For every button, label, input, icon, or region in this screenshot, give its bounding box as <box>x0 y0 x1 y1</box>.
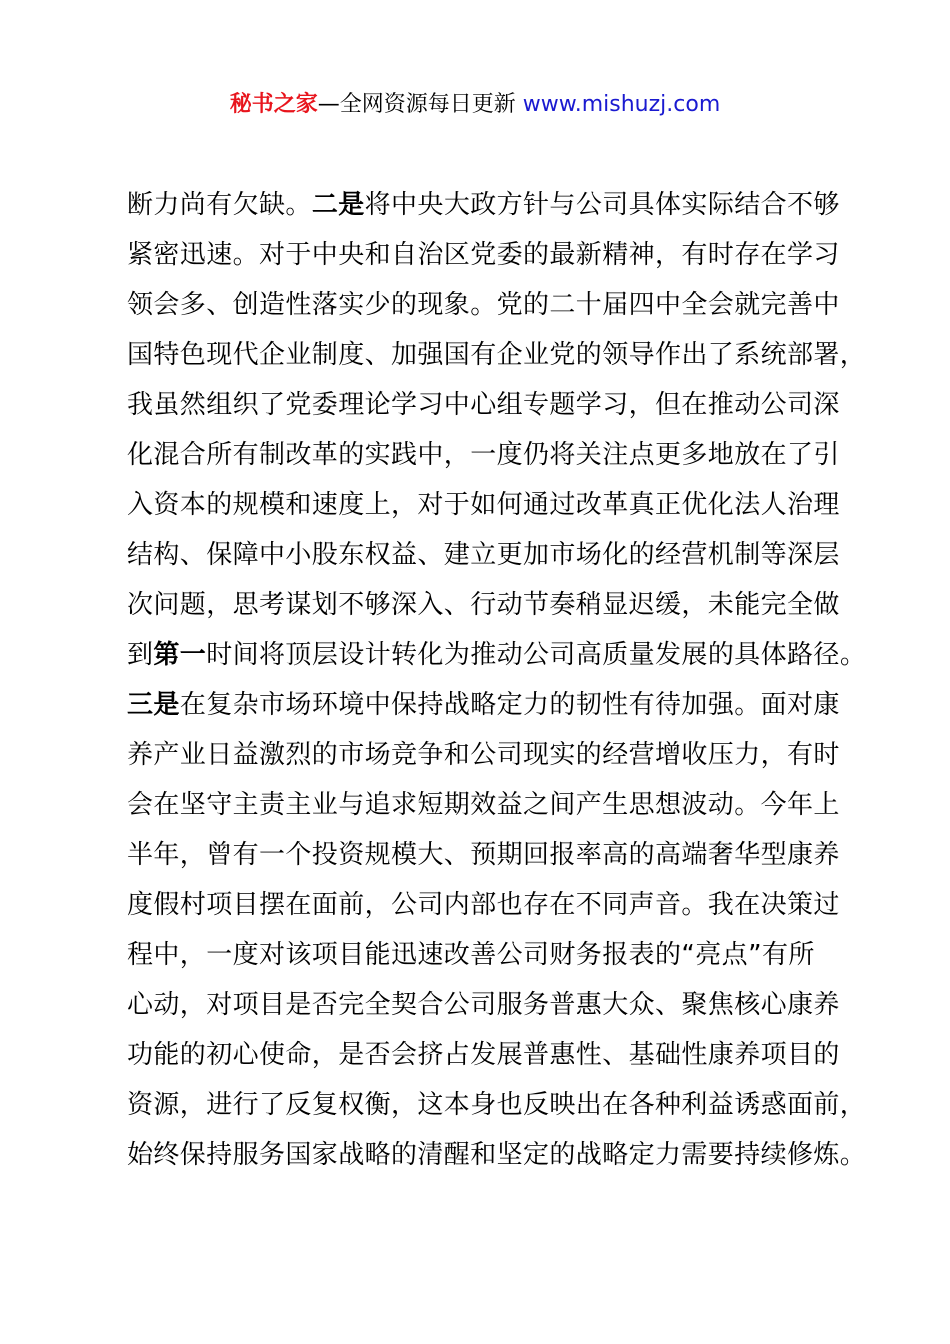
text-line: 国特色现代企业制度、加强国有企业党的领导作出了系统部署， <box>127 330 867 380</box>
text-segment: 将中央大政方针与公司具体实际结合不够 <box>365 190 840 220</box>
text-line: 紧密迅速。对于中央和自治区党委的最新精神，有时存在学习 <box>127 230 867 280</box>
text-segment: 度假村项目摆在面前，公司内部也存在不同声音。我在决策过 <box>127 890 840 920</box>
text-segment: 会在坚守主责主业与追求短期效益之间产生思想波动。今年上 <box>127 790 840 820</box>
text-segment: 在复杂市场环境中保持战略定力的韧性有待加强。面对康 <box>180 690 840 720</box>
text-segment: 入资本的规模和速度上，对于如何通过改革真正优化法人治理 <box>127 490 840 520</box>
document-body: 断力尚有欠缺。二是将中央大政方针与公司具体实际结合不够 紧密迅速。对于中央和自治… <box>127 180 867 1180</box>
text-line: 程中，一度对该项目能迅速改善公司财务报表的“亮点”有所 <box>127 930 867 980</box>
text-line: 领会多、创造性落实少的现象。党的二十届四中全会就完善中 <box>127 280 867 330</box>
text-line: 化混合所有制改革的实践中，一度仍将关注点更多地放在了引 <box>127 430 867 480</box>
text-segment: 结构、保障中小股东权益、建立更加市场化的经营机制等深层 <box>127 540 840 570</box>
text-line: 始终保持服务国家战略的清醒和坚定的战略定力需要持续修炼。 <box>127 1130 867 1180</box>
text-segment: 到 <box>127 640 153 670</box>
text-line: 三是在复杂市场环境中保持战略定力的韧性有待加强。面对康 <box>127 680 867 730</box>
text-line: 入资本的规模和速度上，对于如何通过改革真正优化法人治理 <box>127 480 867 530</box>
bold-text-segment: 第一 <box>153 640 206 670</box>
text-segment: 断力尚有欠缺。 <box>127 190 312 220</box>
text-segment: 紧密迅速。对于中央和自治区党委的最新精神，有时存在学习 <box>127 240 840 270</box>
text-line: 养产业日益激烈的市场竞争和公司现实的经营增收压力，有时 <box>127 730 867 780</box>
text-segment: 心动，对项目是否完全契合公司服务普惠大众、聚焦核心康养 <box>127 990 840 1020</box>
page-header: 秘书之家—全网资源每日更新 www.mishuzj.com <box>0 88 950 122</box>
text-line: 心动，对项目是否完全契合公司服务普惠大众、聚焦核心康养 <box>127 980 867 1030</box>
text-segment: 领会多、创造性落实少的现象。党的二十届四中全会就完善中 <box>127 290 840 320</box>
brand-name: 秘书之家 <box>230 92 318 117</box>
text-segment: 半年，曾有一个投资规模大、预期回报率高的高端奢华型康养 <box>127 840 840 870</box>
text-line: 断力尚有欠缺。二是将中央大政方针与公司具体实际结合不够 <box>127 180 867 230</box>
text-line: 资源，进行了反复权衡，这本身也反映出在各种利益诱惑面前， <box>127 1080 867 1130</box>
text-segment: 次问题，思考谋划不够深入、行动节奏稍显迟缓，未能完全做 <box>127 590 840 620</box>
text-line: 半年，曾有一个投资规模大、预期回报率高的高端奢华型康养 <box>127 830 867 880</box>
text-segment: 养产业日益激烈的市场竞争和公司现实的经营增收压力，有时 <box>127 740 840 770</box>
bold-text-segment: 二是 <box>312 190 365 220</box>
bold-text-segment: 三是 <box>127 690 180 720</box>
site-url-link[interactable]: www.mishuzj.com <box>523 92 720 117</box>
text-line: 次问题，思考谋划不够深入、行动节奏稍显迟缓，未能完全做 <box>127 580 867 630</box>
text-segment: 资源，进行了反复权衡，这本身也反映出在各种利益诱惑面前， <box>127 1090 866 1120</box>
text-segment: 化混合所有制改革的实践中，一度仍将关注点更多地放在了引 <box>127 440 840 470</box>
text-line: 度假村项目摆在面前，公司内部也存在不同声音。我在决策过 <box>127 880 867 930</box>
header-tagline: —全网资源每日更新 <box>318 92 523 117</box>
text-segment: 我虽然组织了党委理论学习中心组专题学习，但在推动公司深 <box>127 390 840 420</box>
text-line: 结构、保障中小股东权益、建立更加市场化的经营机制等深层 <box>127 530 867 580</box>
text-segment: 功能的初心使命，是否会挤占发展普惠性、基础性康养项目的 <box>127 1040 840 1070</box>
text-segment: 时间将顶层设计转化为推动公司高质量发展的具体路径。 <box>206 640 866 670</box>
text-line: 我虽然组织了党委理论学习中心组专题学习，但在推动公司深 <box>127 380 867 430</box>
text-line: 功能的初心使命，是否会挤占发展普惠性、基础性康养项目的 <box>127 1030 867 1080</box>
text-segment: 程中，一度对该项目能迅速改善公司财务报表的“亮点”有所 <box>127 940 815 970</box>
text-segment: 国特色现代企业制度、加强国有企业党的领导作出了系统部署， <box>127 340 866 370</box>
text-segment: 始终保持服务国家战略的清醒和坚定的战略定力需要持续修炼。 <box>127 1140 866 1170</box>
text-line: 会在坚守主责主业与追求短期效益之间产生思想波动。今年上 <box>127 780 867 830</box>
text-line: 到第一时间将顶层设计转化为推动公司高质量发展的具体路径。 <box>127 630 867 680</box>
